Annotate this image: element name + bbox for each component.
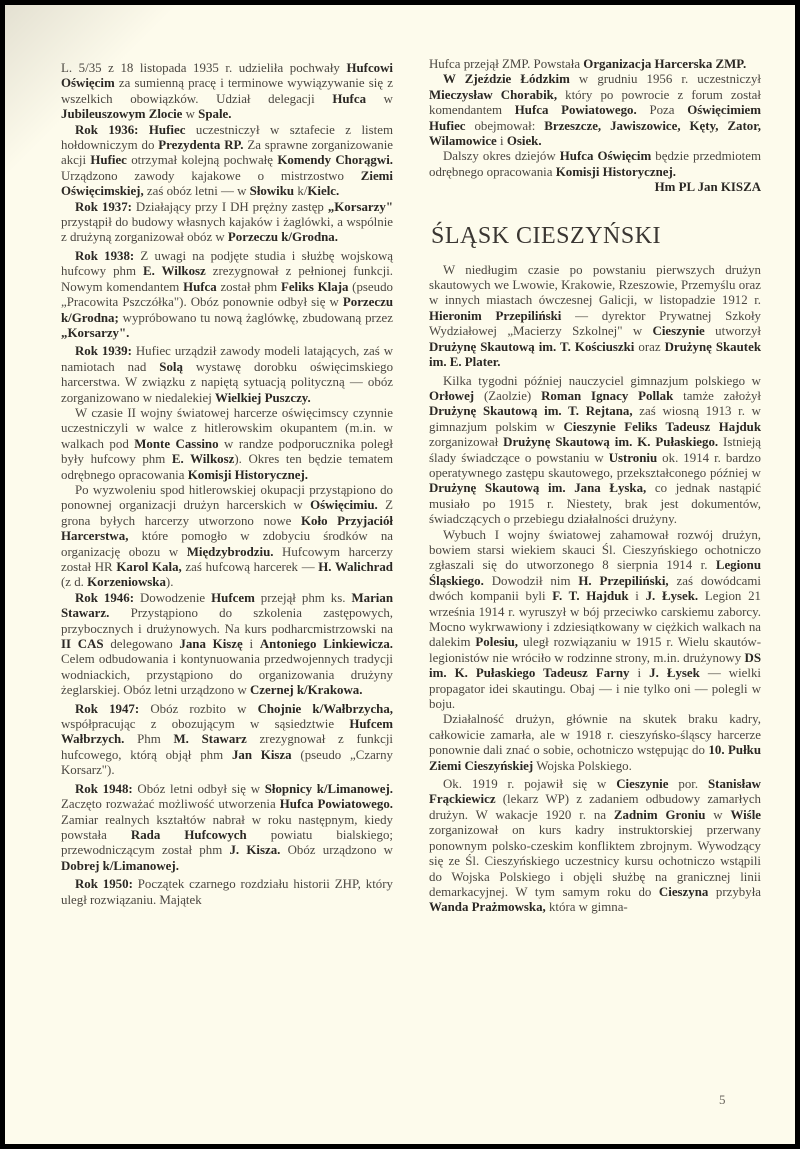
paragraph: Dalszy okres dziejów Hufca Oświęcim będz…	[429, 149, 761, 180]
emphasized-name: Hufca Oświęcim	[560, 149, 651, 163]
emphasized-name: Ustroniu	[609, 451, 657, 465]
emphasized-name: Chojnie k/Wałbrzycha,	[258, 702, 393, 716]
emphasized-name: Jana Kiszę	[179, 637, 242, 651]
paragraph: Rok 1946: Dowodzenie Hufcem przejął phm …	[61, 591, 393, 699]
paragraph: Rok 1950: Początek czarnego rozdziału hi…	[61, 877, 393, 908]
emphasized-name: Jubileuszowym Zlocie	[61, 107, 182, 121]
emphasized-name: Rada Hufcowych	[131, 828, 247, 842]
emphasized-name: Dobrej k/Limanowej.	[61, 859, 179, 873]
paragraph: Rok 1948: Obóz letni odbył się w Słopnic…	[61, 782, 393, 874]
emphasized-name: H. Walichrad	[318, 560, 393, 574]
emphasized-name: Wielkiej Puszczy.	[215, 391, 311, 405]
emphasized-name: Hufiec	[149, 123, 186, 137]
emphasized-name: Oświęcimiu.	[310, 498, 378, 512]
emphasized-name: E. Wilkosz	[143, 264, 206, 278]
emphasized-name: Hufca	[332, 92, 366, 106]
emphasized-name: Hufca	[183, 280, 217, 294]
emphasized-name: Hufcem	[211, 591, 255, 605]
left-column: L. 5/35 z 18 listopada 1935 r. udzieliła…	[61, 61, 393, 908]
emphasized-name: Cieszyna	[659, 885, 708, 899]
emphasized-name: Hufcowi Oświęcim	[61, 61, 393, 90]
paragraph: Po wyzwoleniu spod hitlerowskiej okupacj…	[61, 483, 393, 591]
emphasized-name: Kielc.	[307, 184, 339, 198]
emphasized-name: Hieronim Przepiliński	[429, 309, 561, 323]
emphasized-name: Rok 1947:	[75, 702, 139, 716]
emphasized-name: Rok 1936:	[75, 123, 138, 137]
emphasized-name: Zadnim Groniu	[614, 808, 705, 822]
emphasized-name: Koło Przyjaciół Harcerstwa,	[61, 514, 393, 543]
emphasized-name: 10. Pułku Ziemi Cieszyńskiej	[429, 743, 761, 772]
emphasized-name: Drużynę Skautową im. K. Pułaskiego.	[503, 435, 718, 449]
emphasized-name: II CAS	[61, 637, 104, 651]
emphasized-name: Komisji Historycznej.	[188, 468, 308, 482]
paragraph: W Zjeździe Łódzkim w grudniu 1956 r. ucz…	[429, 72, 761, 149]
emphasized-name: Rok 1938:	[75, 249, 134, 263]
emphasized-name: Karol Kala,	[116, 560, 181, 574]
emphasized-name: Rok 1939:	[75, 344, 132, 358]
emphasized-name: Antoniego Linkiewicza.	[260, 637, 393, 651]
emphasized-name: Drużynę Skautową im. T. Kościuszki	[429, 340, 634, 354]
paragraph: Rok 1939: Hufiec urządził zawody modeli …	[61, 344, 393, 406]
emphasized-name: Drużynę Skautową im. Jana Łyska,	[429, 481, 646, 495]
emphasized-name: Słopnicy k/Limanowej.	[265, 782, 393, 796]
emphasized-name: Cieszynie Feliks Tadeusz Hajduk	[563, 420, 761, 434]
paragraph: Działalność drużyn, głównie na skutek br…	[429, 712, 761, 774]
paragraph: Hufca przejął ZMP. Powstała Organizacja …	[429, 57, 761, 72]
section-title: ŚLĄSK CIESZYŃSKI	[431, 222, 761, 250]
author-signature: Hm PL Jan KISZA	[429, 180, 761, 195]
emphasized-name: Komisji Historycznej.	[556, 165, 676, 179]
emphasized-name: Porzeczu k/Grodna;	[61, 295, 393, 324]
paragraph: Rok 1937: Działający przy I DH prężny za…	[61, 200, 393, 246]
emphasized-name: M. Stawarz	[174, 732, 247, 746]
emphasized-name: Spale.	[198, 107, 231, 121]
emphasized-name: Mieczysław Chorabik,	[429, 88, 557, 102]
emphasized-name: Hufiec	[90, 153, 127, 167]
emphasized-name: „Korsarzy"	[328, 200, 393, 214]
emphasized-name: Rok 1948:	[75, 782, 133, 796]
emphasized-name: Drużynę Skautową im. T. Rejtana,	[429, 404, 633, 418]
emphasized-name: Słowiku	[250, 184, 294, 198]
paragraph: Rok 1936: Hufiec uczestniczył w sztafeci…	[61, 123, 393, 200]
emphasized-name: Czernej k/Krakowa.	[250, 683, 362, 697]
emphasized-name: DS im. K. Pułaskiego Tadeusz Farny	[429, 651, 761, 680]
emphasized-name: H. Przepiliński,	[578, 574, 668, 588]
emphasized-name: „Korsarzy".	[61, 326, 129, 340]
emphasized-name: E. Wilkosz	[172, 452, 234, 466]
slask-cieszynski-article: W niedługim czasie po powstaniu pierwszy…	[429, 263, 761, 916]
emphasized-name: Polesiu,	[475, 635, 518, 649]
paragraph: W niedługim czasie po powstaniu pierwszy…	[429, 263, 761, 371]
emphasized-name: Orłowej	[429, 389, 474, 403]
emphasized-name: Hufca Powiatowego.	[280, 797, 393, 811]
emphasized-name: Stanisław Frąckiewicz	[429, 777, 761, 806]
emphasized-name: W Zjeździe Łódzkim	[443, 72, 570, 86]
emphasized-name: Hufca Powiatowego.	[515, 103, 637, 117]
emphasized-name: Monte Cassino	[134, 437, 218, 451]
emphasized-name: Korzeniowska	[87, 575, 166, 589]
emphasized-name: Ziemi Oświęcimskiej,	[61, 169, 393, 198]
emphasized-name: Brzeszcze, Jawiszowice, Kęty, Zator, Wil…	[429, 119, 761, 148]
emphasized-name: Roman Ignacy Pollak	[541, 389, 673, 403]
emphasized-name: Organizacja Harcerska ZMP.	[583, 57, 746, 71]
emphasized-name: Międzybrodziu.	[187, 545, 274, 559]
emphasized-name: Jan Kisza	[232, 748, 292, 762]
emphasized-name: Porzeczu k/Grodna.	[228, 230, 338, 244]
paragraph: Rok 1947: Obóz rozbito w Chojnie k/Wałbr…	[61, 702, 393, 779]
emphasized-name: Rok 1937:	[75, 200, 132, 214]
emphasized-name: J. Łysek.	[646, 589, 699, 603]
paragraph: Kilka tygodni później nauczyciel gimnazj…	[429, 374, 761, 528]
page-number: 5	[719, 1092, 726, 1108]
emphasized-name: Cieszynie	[653, 324, 705, 338]
emphasized-name: Wiśle	[730, 808, 761, 822]
paragraph: Rok 1938: Z uwagi na podjęte studia i sł…	[61, 249, 393, 341]
paragraph: Wybuch I wojny światowej zahamował rozwó…	[429, 528, 761, 713]
emphasized-name: Rok 1946:	[75, 591, 134, 605]
emphasized-name: Solą	[159, 360, 183, 374]
emphasized-name: J. Kisza.	[229, 843, 280, 857]
emphasized-name: Rok 1950:	[75, 877, 133, 891]
document-page: L. 5/35 z 18 listopada 1935 r. udzieliła…	[5, 5, 795, 1144]
emphasized-name: Prezydenta RP.	[158, 138, 243, 152]
paragraph: W czasie II wojny światowej harcerze ośw…	[61, 406, 393, 483]
emphasized-name: J. Łysek	[649, 666, 700, 680]
emphasized-name: Wanda Prażmowska,	[429, 900, 546, 914]
emphasized-name: Feliks Klaja	[281, 280, 348, 294]
emphasized-name: F. T. Hajduk	[552, 589, 628, 603]
oswiecim-article-end: Hufca przejął ZMP. Powstała Organizacja …	[429, 57, 761, 180]
emphasized-name: Osiek.	[507, 134, 542, 148]
paragraph: Ok. 1919 r. pojawił się w Cieszynie por.…	[429, 777, 761, 916]
right-column: Hufca przejął ZMP. Powstała Organizacja …	[429, 57, 761, 916]
paragraph: L. 5/35 z 18 listopada 1935 r. udzieliła…	[61, 61, 393, 123]
emphasized-name: Cieszynie	[616, 777, 668, 791]
emphasized-name: Komendy Chorągwi.	[277, 153, 393, 167]
